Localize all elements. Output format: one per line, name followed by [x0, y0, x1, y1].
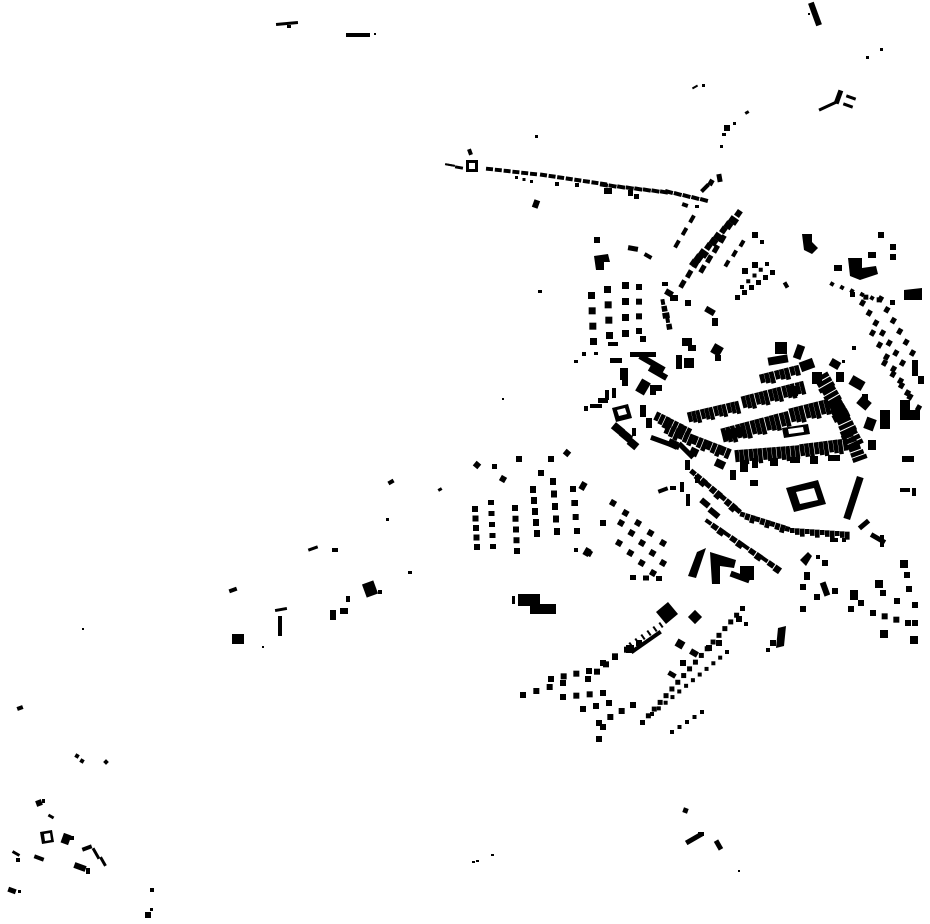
- building: [532, 508, 538, 515]
- building: [632, 428, 636, 436]
- building: [795, 528, 800, 535]
- building: [770, 640, 776, 646]
- building: [828, 455, 840, 461]
- building: [408, 571, 412, 574]
- building: [686, 494, 690, 506]
- building: [622, 330, 629, 337]
- building: [800, 529, 805, 537]
- building: [589, 307, 596, 314]
- building: [18, 890, 21, 893]
- building: [640, 405, 646, 417]
- building: [640, 336, 646, 342]
- building: [582, 352, 586, 356]
- building: [740, 566, 754, 580]
- building: [622, 298, 629, 305]
- building: [680, 482, 684, 492]
- building: [765, 262, 769, 266]
- building: [590, 404, 602, 408]
- building: [800, 606, 806, 612]
- building: [699, 653, 704, 658]
- building: [585, 676, 591, 682]
- building: [612, 653, 618, 659]
- building: [681, 673, 686, 678]
- building: [600, 520, 606, 526]
- building: [850, 590, 858, 600]
- building: [691, 678, 695, 682]
- building: [150, 888, 154, 892]
- building: [516, 456, 522, 462]
- building: [890, 300, 895, 305]
- building: [573, 693, 579, 699]
- building: [711, 661, 715, 665]
- building: [573, 514, 579, 520]
- building: [878, 232, 884, 238]
- building: [643, 576, 649, 581]
- building: [835, 531, 840, 536]
- building: [474, 544, 480, 550]
- building: [604, 188, 612, 194]
- building: [670, 695, 674, 699]
- building: [535, 135, 538, 138]
- building: [521, 171, 528, 176]
- building: [560, 680, 566, 686]
- building: [695, 475, 700, 483]
- building: [862, 394, 868, 400]
- building: [489, 522, 495, 527]
- building: [554, 528, 560, 535]
- building: [700, 710, 704, 714]
- building: [863, 295, 868, 300]
- building: [836, 372, 844, 382]
- building: [810, 529, 815, 536]
- building: [832, 588, 838, 594]
- building: [630, 575, 636, 580]
- building: [702, 84, 705, 87]
- building: [822, 560, 828, 566]
- building: [514, 537, 520, 543]
- building: [858, 600, 864, 606]
- building: [880, 590, 886, 596]
- building: [530, 486, 536, 493]
- building: [605, 301, 612, 308]
- building: [880, 410, 890, 422]
- building: [656, 385, 662, 391]
- building: [346, 33, 370, 37]
- building: [490, 544, 496, 549]
- building: [770, 270, 775, 275]
- building: [620, 368, 628, 380]
- building: [596, 736, 602, 742]
- building: [636, 299, 642, 305]
- building: [733, 122, 736, 125]
- building: [600, 724, 606, 730]
- building: [680, 660, 686, 666]
- building: [906, 586, 912, 592]
- building: [904, 572, 910, 578]
- building: [752, 232, 758, 238]
- building: [900, 488, 910, 492]
- building: [287, 25, 291, 28]
- building: [86, 868, 90, 874]
- building: [70, 836, 74, 840]
- building: [503, 169, 510, 174]
- building: [820, 530, 825, 535]
- building: [810, 456, 818, 464]
- building: [588, 292, 595, 299]
- building: [594, 352, 598, 355]
- building: [42, 799, 45, 803]
- building: [386, 518, 389, 521]
- building: [880, 630, 888, 638]
- building: [636, 284, 642, 290]
- building: [840, 531, 845, 538]
- building: [472, 861, 475, 863]
- building: [622, 380, 628, 386]
- building: [520, 692, 526, 698]
- building: [684, 358, 694, 368]
- building: [890, 244, 896, 250]
- building: [570, 486, 576, 492]
- building: [593, 703, 599, 709]
- building: [912, 620, 918, 626]
- building: [682, 338, 692, 346]
- building: [904, 288, 922, 300]
- building: [790, 386, 798, 396]
- building: [808, 13, 810, 15]
- building: [893, 617, 899, 623]
- building: [738, 870, 740, 872]
- building: [814, 594, 820, 600]
- building: [662, 282, 668, 286]
- building: [553, 516, 559, 523]
- building: [685, 300, 691, 306]
- building: [670, 486, 676, 490]
- building: [636, 313, 642, 319]
- building: [830, 538, 838, 542]
- building: [882, 613, 888, 619]
- building: [634, 194, 639, 199]
- building: [675, 680, 680, 685]
- building: [900, 560, 908, 568]
- building: [870, 610, 876, 616]
- building: [669, 686, 674, 691]
- building: [512, 596, 515, 604]
- building: [890, 254, 896, 260]
- building: [875, 580, 883, 588]
- building: [850, 292, 855, 297]
- building: [548, 676, 554, 682]
- building: [491, 854, 494, 856]
- building: [572, 500, 578, 506]
- building: [628, 190, 633, 196]
- building: [722, 626, 727, 631]
- building: [812, 372, 822, 384]
- building: [538, 470, 544, 476]
- building: [606, 332, 613, 339]
- building: [550, 478, 556, 485]
- building: [720, 145, 723, 148]
- building: [552, 503, 558, 510]
- building: [685, 720, 689, 724]
- building: [476, 860, 479, 862]
- building: [740, 606, 745, 611]
- building: [894, 598, 900, 604]
- building: [534, 530, 540, 537]
- building: [594, 669, 600, 675]
- building: [825, 530, 830, 537]
- building: [730, 470, 736, 480]
- building: [82, 628, 84, 630]
- building: [868, 252, 876, 258]
- building: [650, 712, 654, 716]
- building: [472, 506, 478, 512]
- building: [695, 205, 699, 208]
- building: [666, 323, 672, 330]
- building: [742, 290, 747, 295]
- building: [711, 640, 716, 645]
- building: [530, 172, 537, 177]
- building: [574, 360, 578, 363]
- building: [575, 183, 579, 187]
- building: [619, 708, 625, 714]
- building: [735, 295, 740, 300]
- building: [724, 125, 730, 131]
- building: [750, 480, 758, 486]
- building: [706, 645, 712, 651]
- building: [693, 660, 698, 665]
- building: [722, 133, 726, 136]
- building: [677, 689, 681, 693]
- building: [489, 511, 495, 516]
- building: [574, 548, 578, 552]
- building: [486, 167, 493, 172]
- building: [590, 338, 597, 345]
- building: [657, 706, 661, 710]
- building: [573, 671, 579, 677]
- building: [530, 180, 533, 183]
- building: [473, 516, 479, 522]
- building: [685, 460, 690, 470]
- building: [640, 720, 645, 725]
- building: [145, 912, 151, 918]
- building: [600, 660, 606, 666]
- building: [912, 602, 918, 608]
- building: [594, 237, 600, 243]
- building: [693, 715, 697, 719]
- building: [800, 584, 806, 590]
- building: [604, 286, 611, 293]
- building: [842, 360, 845, 363]
- building: [715, 355, 721, 361]
- building: [746, 279, 750, 283]
- building: [775, 342, 787, 354]
- building: [905, 620, 911, 626]
- building: [705, 667, 709, 671]
- building: [728, 619, 733, 624]
- building: [555, 182, 559, 186]
- building: [574, 528, 580, 534]
- figure-ground-map: [0, 0, 930, 924]
- building: [580, 706, 586, 712]
- building: [842, 538, 846, 542]
- building: [763, 275, 768, 280]
- building: [495, 168, 502, 173]
- building: [752, 458, 758, 468]
- building: [852, 346, 856, 350]
- building: [150, 908, 153, 911]
- building: [514, 548, 520, 554]
- building: [606, 700, 612, 706]
- building: [804, 572, 810, 580]
- building: [608, 342, 618, 346]
- building: [624, 647, 630, 653]
- building: [740, 285, 744, 289]
- building: [760, 240, 764, 244]
- building: [753, 274, 757, 278]
- building: [533, 688, 539, 694]
- building: [488, 500, 494, 505]
- building: [744, 622, 748, 626]
- building: [752, 262, 758, 268]
- building: [538, 290, 542, 293]
- building: [866, 56, 869, 59]
- building: [678, 725, 682, 729]
- building: [716, 640, 722, 646]
- building: [670, 295, 678, 301]
- building: [736, 616, 742, 622]
- building: [587, 691, 593, 697]
- building: [630, 702, 636, 708]
- building: [512, 505, 518, 511]
- building: [658, 700, 663, 705]
- building: [664, 701, 668, 705]
- building: [490, 533, 496, 538]
- building: [902, 456, 914, 462]
- building: [589, 323, 596, 330]
- building: [622, 282, 629, 289]
- building: [513, 527, 519, 533]
- building: [650, 385, 656, 395]
- building: [712, 318, 718, 326]
- building: [561, 673, 567, 679]
- building: [698, 673, 702, 677]
- building: [756, 280, 761, 285]
- building: [610, 358, 622, 363]
- building: [513, 516, 519, 522]
- building: [848, 606, 854, 612]
- building: [473, 525, 479, 531]
- building: [815, 530, 820, 538]
- building: [605, 390, 609, 400]
- building: [834, 265, 842, 271]
- building: [830, 531, 835, 539]
- building: [262, 646, 264, 648]
- building: [688, 345, 696, 351]
- building: [716, 633, 721, 638]
- building: [918, 376, 924, 384]
- building: [515, 176, 518, 179]
- building: [698, 832, 704, 836]
- building: [661, 305, 667, 312]
- building: [474, 535, 480, 541]
- building: [725, 650, 729, 654]
- building: [548, 456, 554, 462]
- building: [16, 858, 20, 862]
- building: [531, 497, 537, 504]
- building: [232, 634, 244, 644]
- building: [664, 693, 669, 698]
- building: [636, 640, 642, 646]
- building: [512, 170, 519, 175]
- building: [492, 464, 497, 469]
- building: [607, 714, 613, 720]
- building: [646, 418, 652, 428]
- building: [816, 555, 820, 559]
- building: [880, 535, 884, 547]
- building: [547, 684, 553, 690]
- building: [880, 48, 883, 51]
- building: [560, 694, 566, 700]
- building: [612, 388, 616, 398]
- building: [766, 648, 770, 652]
- building: [770, 458, 778, 466]
- building: [656, 576, 662, 581]
- building: [502, 398, 504, 400]
- building: [523, 178, 526, 181]
- building: [742, 268, 748, 274]
- building: [670, 730, 674, 734]
- building: [622, 314, 629, 321]
- building: [718, 656, 722, 660]
- building: [684, 684, 688, 688]
- building: [636, 328, 642, 334]
- building: [912, 360, 918, 376]
- building: [740, 460, 748, 472]
- building: [346, 596, 350, 602]
- building: [605, 317, 612, 324]
- building: [533, 519, 539, 526]
- building: [790, 457, 800, 463]
- building: [584, 406, 588, 411]
- building: [278, 616, 282, 636]
- building: [749, 285, 754, 290]
- building: [912, 488, 916, 496]
- building: [759, 268, 763, 272]
- building: [790, 528, 795, 533]
- building: [378, 590, 382, 594]
- building: [551, 491, 557, 498]
- building: [910, 636, 918, 644]
- building: [330, 610, 336, 620]
- building: [586, 668, 592, 674]
- building: [374, 33, 376, 35]
- building: [687, 666, 692, 671]
- building: [600, 690, 606, 696]
- building: [868, 440, 876, 450]
- building: [805, 529, 810, 534]
- building: [676, 355, 682, 369]
- building: [652, 707, 657, 712]
- building: [332, 548, 338, 552]
- building: [340, 608, 348, 614]
